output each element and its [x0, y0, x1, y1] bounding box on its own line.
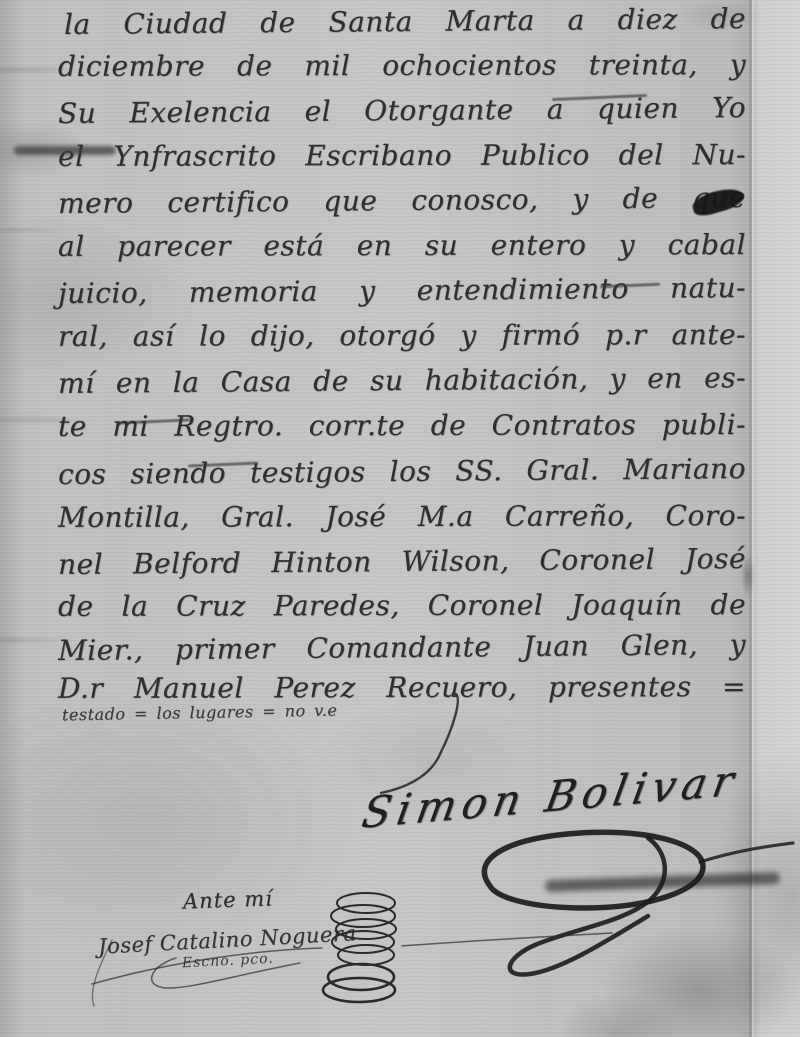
bolivar-signature: Simon Bolivar — [358, 755, 743, 838]
signature-rubric-tail — [700, 843, 793, 862]
manuscript-line: ral, así lo dijo, otorgó y firmó p.r ant… — [58, 321, 746, 351]
manuscript-line: al parecer está en su entero y cabal — [58, 231, 746, 261]
manuscript-line: cos siendo testigos los SS. Gral. Marian… — [58, 455, 746, 489]
manuscript-line: Montilla, Gral. José M.a Carreño, Coro- — [58, 502, 746, 532]
manuscript-line: nel Belford Hinton Wilson, Coronel José — [58, 545, 746, 579]
signature-lead-flourish — [381, 694, 458, 793]
notary-attestation: Ante mí — [183, 886, 274, 913]
manuscript-line: mí en la Casa de su habitación, y en es- — [58, 364, 746, 398]
manuscript-line: Mier., primer Comandante Juan Glen, y — [58, 631, 746, 665]
notary-spiral-rubric — [323, 893, 396, 1002]
signature-rubric — [510, 838, 665, 975]
manuscript-line: de la Cruz Paredes, Coronel Joaquín de — [58, 591, 746, 621]
signature-rubric — [484, 832, 703, 908]
manuscript-line: mero certifico que conosco, y de que — [58, 184, 746, 218]
manuscript-line: te mi Regtro. corr.te de Contratos publi… — [58, 411, 746, 441]
manuscript-page: la Ciudad de Santa Marta a diez de dicie… — [0, 0, 800, 1037]
manuscript-line: Su Exelencia el Otorgante a quien Yo — [58, 94, 746, 128]
manuscript-line: diciembre de mil ochocientos treinta, y — [58, 51, 746, 81]
manuscript-line: la Ciudad de Santa Marta a diez de — [64, 5, 746, 39]
manuscript-line: D.r Manuel Perez Recuero, presentes = — [58, 673, 746, 703]
manuscript-line: el Ynfrascrito Escribano Publico del Nu- — [58, 141, 746, 171]
notary-title: Escno. pco. — [182, 951, 274, 972]
signature-rubric-smear — [545, 872, 780, 892]
marginal-note: testado = los lugares = no v.e — [62, 701, 338, 725]
torn-edge-notch — [740, 545, 756, 607]
strike-smudge — [14, 146, 116, 155]
manuscript-line: juicio, memoria y entendimiento natu- — [58, 274, 746, 308]
